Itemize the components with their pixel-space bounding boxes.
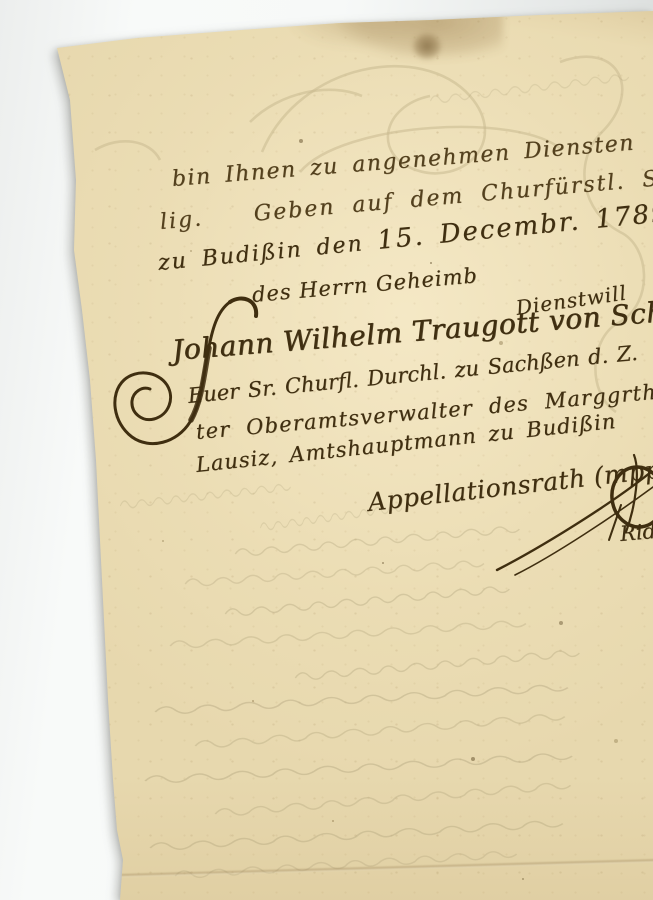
- paper-specks: [0, 0, 2, 2]
- signature-paraph-icon: [497, 455, 653, 575]
- paper: bin Ihnen zu angenehmen Diensten lig. Ge…: [0, 0, 653, 900]
- ornamental-initial-flourish-icon: [115, 298, 256, 443]
- ink-flourishes: [0, 0, 653, 900]
- paper-shadow: bin Ihnen zu angenehmen Diensten lig. Ge…: [0, 0, 653, 900]
- scanned-letter-page: { "palette":{ "bed":"#f3f5f4","paper":"#…: [0, 0, 653, 900]
